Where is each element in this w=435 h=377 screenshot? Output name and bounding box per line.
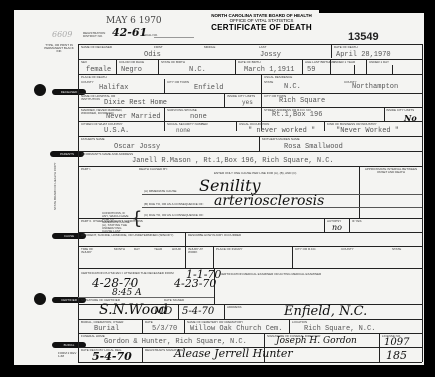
last-label: LAST [259, 46, 267, 49]
header: NORTH CAROLINA STATE BOARD OF HEALTH OFF… [194, 14, 329, 33]
registrar-signature: Alease Jerrell Hunter [174, 347, 293, 360]
me-certification-label: CERTIFICATION MEDICAL EXAMINER OR ACTING… [220, 273, 321, 276]
race-label: COLOR OR RACE [119, 61, 144, 64]
to-label: TO [129, 283, 133, 286]
death-county: Halifax [99, 84, 128, 92]
burial-type: Burial [94, 325, 119, 333]
immediate-cause-label: (a) IMMEDIATE CAUSE [144, 190, 176, 193]
middle-label: MIDDLE [204, 46, 215, 49]
birth-date: March 1,1911 [244, 66, 294, 74]
father-label: FATHER'S NAME [81, 138, 105, 141]
describe-injury-label: DESCRIBE HOW INJURY OCCURRED [188, 234, 241, 237]
punch-hole [34, 84, 46, 96]
margin-note: 6609 [52, 30, 72, 39]
date-of-death: April 28,1970 [336, 51, 391, 59]
occupation: " never worked " [248, 127, 315, 135]
due-b-label: (b) DUE TO, OR AS A CONSEQUENCE OF: [144, 203, 204, 206]
inside-limits-death: yes [242, 99, 253, 107]
burial-location: Rich Square, N.C. [304, 325, 375, 333]
citizen-label: CITIZEN OF WHAT COUNTRY [81, 123, 123, 126]
race: Negro [121, 66, 142, 74]
certificate-number: 13549 [348, 31, 379, 43]
certifier-address: Enfield, N.C. [284, 304, 367, 319]
res-city: Rich Square [279, 97, 325, 105]
informant: Janell R.Mason , Rt.1,Box 196, Rich Squa… [132, 157, 334, 165]
street: Rt.1,Box 196 [272, 111, 322, 119]
form-number: FORM 2 REV 1-68 [58, 352, 78, 358]
part1-label: PART I. [81, 168, 91, 171]
registration-label: REGISTRATION DISTRICT NO. [83, 32, 113, 38]
death-certificate: MAY 6 1970 6609 REGISTRATION DISTRICT NO… [14, 10, 424, 365]
certifier-title: MD [154, 306, 172, 317]
father-name: Oscar Jossy [114, 143, 160, 151]
punch-hole [34, 293, 46, 305]
funeral-director-signature: Joseph H. Gordon [276, 336, 357, 346]
autopsy: no [332, 223, 342, 232]
occupation-label: USUAL OCCUPATION [239, 123, 269, 126]
res-inside-limits-label: INSIDE CITY LIMITS [386, 109, 420, 112]
if-yes-label: IF YES [352, 220, 361, 223]
business: "Never Worked " [336, 127, 399, 135]
day-label: DAY [134, 248, 140, 251]
last-name: Jossy [260, 51, 281, 59]
month-label: MONTH [114, 248, 125, 251]
location-label: LOCATION [292, 321, 307, 324]
place-of-death-label: PLACE OF DEATH [81, 76, 107, 79]
inside-limits-label: INSIDE CITY LIMITS [227, 95, 259, 98]
first-name: Odis [144, 51, 161, 59]
ssn: none [176, 127, 190, 135]
under1-label: UNDER 1 YEAR [333, 61, 355, 64]
funeral-home-label: FUNERAL HOME [81, 335, 105, 338]
injury-county-label: COUNTY [341, 248, 354, 251]
burial-date-label: DATE [145, 321, 153, 324]
certification-label: CERTIFICATION PHYSICIAN: I ATTENDED THE … [81, 272, 174, 275]
death-county-label: COUNTY [81, 81, 94, 84]
burial-date: 5/3/70 [152, 325, 177, 333]
first-label: FIRST [154, 46, 163, 49]
certificate-title: CERTIFICATE OF DEATH [194, 24, 329, 33]
due-c-label: (c) DUE TO, OR AS A CONSEQUENCE OF: [144, 214, 204, 217]
res-state-label: STATE [264, 81, 273, 84]
place-injury-label: PLACE OF INJURY [216, 248, 242, 251]
attended-to: 4-23-70 [174, 277, 216, 290]
injury-state-label: STATE [392, 248, 401, 251]
death-city-label: CITY OR TOWN [167, 81, 189, 84]
cemetery-label: NAME OF CEMETERY OR CREMATORY [187, 321, 243, 324]
res-state: N.C. [284, 83, 301, 91]
ssn-label: SOCIAL SECURITY NUMBER [167, 123, 208, 126]
informant-label: INFORMANT'S NAME AND ADDRESS [81, 153, 133, 156]
address-label: ADDRESS [227, 306, 242, 309]
sex: female [86, 66, 111, 74]
part2-label: PART II. OTHER SIGNIFICANT CONDITIONS [81, 220, 143, 223]
burial-label: BURIAL, CREMATION, OTHER [81, 321, 123, 324]
citizen: U.S.A. [104, 127, 129, 135]
birth-state: N.C. [189, 66, 206, 74]
city-rfd-label: CITY OR R.F.D. [295, 248, 316, 251]
death-city: Enfield [194, 84, 223, 92]
residence-label: USUAL RESIDENCE [264, 76, 292, 79]
interval-label: APPROXIMATE INTERVAL BETWEEN ONSET AND D… [362, 168, 420, 174]
birth-date-label: DATE OF BIRTH [238, 61, 261, 64]
res-county: Northampton [352, 83, 398, 91]
funeral-home: Gordon & Hunter, Rich Square, N.C. [104, 338, 247, 346]
under1d-label: UNDER 1 DAY [369, 61, 389, 64]
date-signed: 5-4-70 [182, 306, 214, 317]
spouse-label: SURVIVING SPOUSE [167, 109, 197, 112]
one-cause-label: ENTER ONLY ONE CAUSE PER LINE FOR (a), (… [214, 172, 296, 175]
received-stamp: MAY 6 1970 [106, 16, 162, 26]
year-label: YEAR [154, 248, 162, 251]
name-label: NAME OF DECEASED [81, 46, 112, 49]
sex-label: SEX [81, 61, 87, 64]
business-label: KIND OF BUSINESS OR INDUSTRY [327, 123, 377, 126]
ink-instruction: TYPE, OR PRINT IN PERMANENT BLACK INK [42, 44, 76, 53]
time-injury-label: TIME OF INJURY [81, 248, 101, 254]
hospital: Dixie Rest Home [104, 99, 167, 107]
mother-name: Rosa Smallwood [284, 143, 343, 151]
accident-label: ACCIDENT, SUICIDE, HOMICIDE, OR UNDETERM… [81, 234, 181, 237]
date-of-death-label: DATE OF DEATH [334, 46, 358, 49]
hour-label: HOUR [172, 248, 181, 251]
marital-status: Never Married [106, 113, 161, 121]
cemetery: Willow Oak Church Cem. [190, 325, 282, 333]
death-caused-label: DEATH CAUSED BY: [139, 168, 168, 171]
spouse: none [190, 113, 207, 121]
registrar-license: 185 [386, 349, 407, 362]
copy-label: STATE BOARD OF HEALTH COPY [54, 162, 57, 210]
at-work-label: INJURY AT WORK [188, 248, 210, 254]
age: 59 [307, 66, 315, 74]
mother-label: MOTHER'S MAIDEN NAME [262, 138, 300, 141]
birth-state-label: STATE OF BIRTH [161, 61, 185, 64]
